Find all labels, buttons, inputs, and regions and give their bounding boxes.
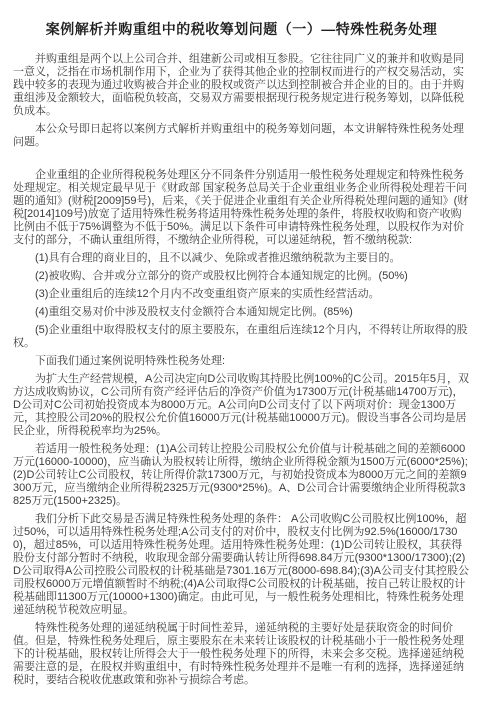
- case-intro-line: 下面我们通过案例说明特殊性税务处理:: [13, 355, 470, 368]
- general-tax-treatment-paragraph: 若适用一般性税务处理：(1)A公司转让控股公司股权公允价值与计税基础之间的差额6…: [13, 443, 470, 508]
- intro-paragraph: 并购重组是两个以上公司合并、组建新公司或相互参股。它往往同广义的兼并和收购是同一…: [13, 53, 470, 118]
- case-description-paragraph: 为扩大生产经营规模，A公司决定向D公司收购其持股比例100%的C公司。2015年…: [13, 373, 470, 438]
- conclusion-paragraph: 特殊性税务处理的递延纳税属于时间性差异，递延纳税的主要好处是获取资金的时间价值。…: [13, 622, 470, 687]
- article-page: 案例解析并购重组中的税收筹划问题（一）—特殊性税务处理 并购重组是两个以上公司合…: [0, 0, 504, 713]
- condition-item-4: (4)重组交易对价中涉及股权支付金额符合本通知规定比例。(85%): [13, 306, 470, 319]
- series-note-paragraph: 本公众号即日起将以案例方式解析并购重组中的税务筹划问题，本文讲解特殊性税务处理问…: [13, 123, 470, 149]
- regulation-background-paragraph: 企业重组的企业所得税税务处理区分不同条件分别适用一般性税务处理规定和特殊性税务处…: [13, 169, 470, 247]
- condition-item-5: (5)企业重组中取得股权支付的原主要股东，在重组后连续12个月内，不得转让所取得…: [13, 324, 470, 350]
- condition-item-1: (1)具有合理的商业目的，且不以减少、免除或者推迟缴纳税款为主要目的。: [13, 252, 470, 265]
- condition-item-3: (3)企业重组后的连续12个月内不改变重组资产原来的实质性经营活动。: [13, 288, 470, 301]
- condition-item-2: (2)被收购、合并或分立部分的资产或股权比例符合本通知规定的比例。(50%): [13, 270, 470, 283]
- special-tax-analysis-paragraph: 我们分析下此交易是否满足特殊性税务处理的条件： A公司收购C公司股权比例100%…: [13, 513, 470, 617]
- article-title: 案例解析并购重组中的税收筹划问题（一）—特殊性税务处理: [13, 20, 470, 39]
